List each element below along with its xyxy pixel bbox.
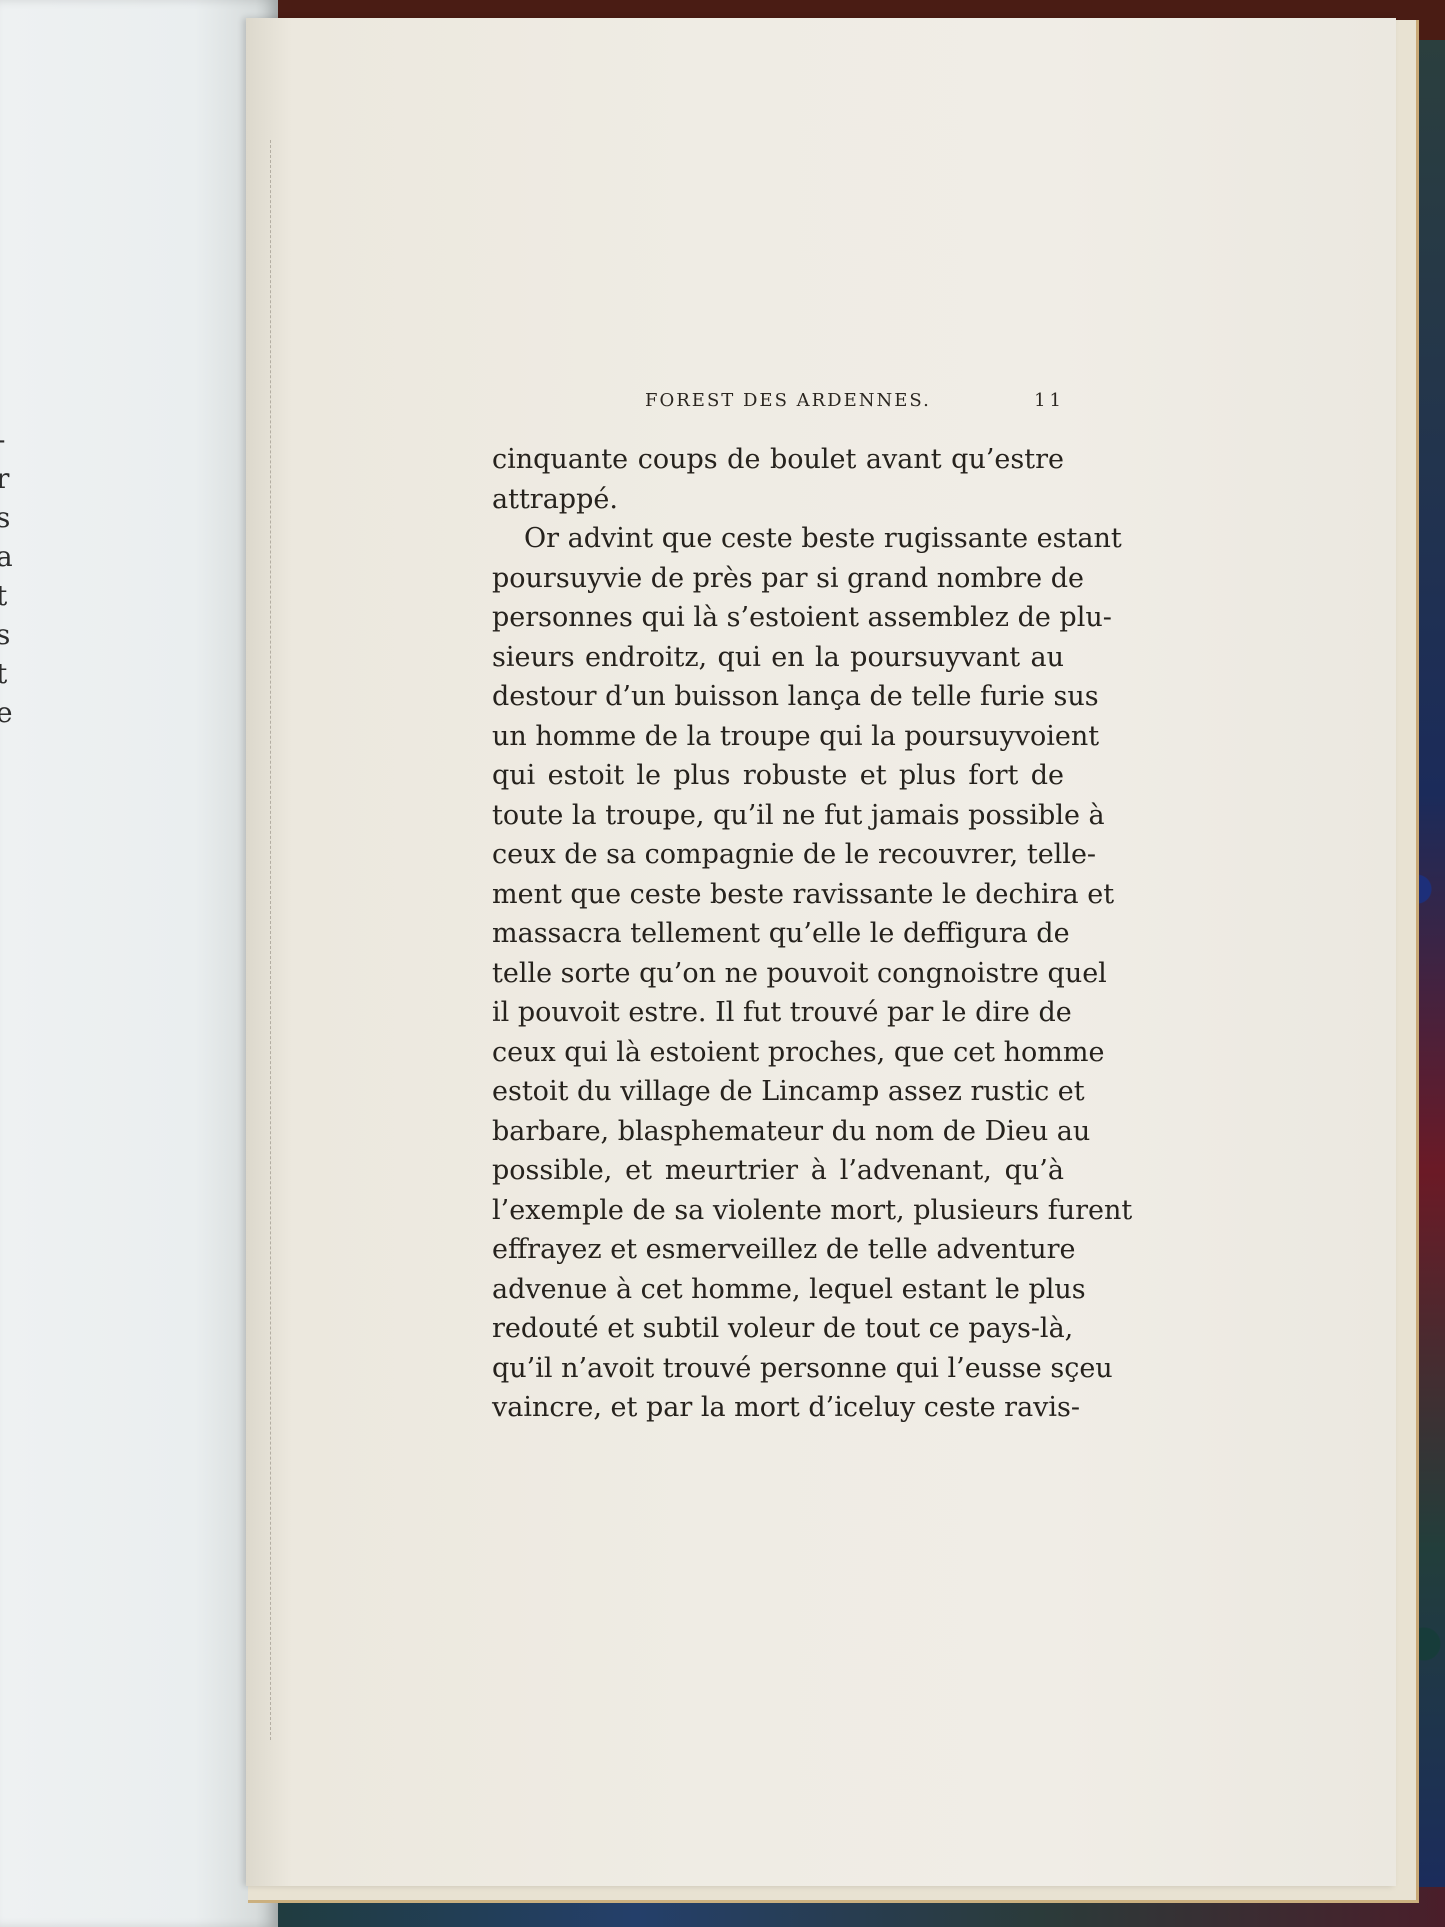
- text-line: redouté et subtil voleur de tout ce pays…: [492, 1309, 1064, 1349]
- text-line: barbare, blasphemateur du nom de Dieu au: [492, 1112, 1064, 1152]
- text-line: advenue à cet homme, lequel estant le pl…: [492, 1270, 1064, 1310]
- text-line: l’exemple de sa violente mort, plusieurs…: [492, 1191, 1064, 1231]
- edge-char: e: [0, 693, 14, 732]
- text-line: personnes qui là s’estoient assemblez de…: [492, 598, 1064, 638]
- text-line: massacra tellement qu’elle le deffigura …: [492, 914, 1064, 954]
- text-line: qui estoit le plus robuste et plus fort …: [492, 756, 1064, 796]
- text-line: ceux qui là estoient proches, que cet ho…: [492, 1033, 1064, 1073]
- gutter-stitching: [270, 140, 274, 1740]
- left-page: - r s a t s t e: [0, 0, 278, 1927]
- text-line: cinquante coups de boulet avant qu’estre: [492, 440, 1064, 480]
- body-text: cinquante coups de boulet avant qu’estre…: [492, 440, 1064, 1428]
- edge-char: s: [0, 615, 14, 654]
- page-number: 11: [1034, 390, 1065, 411]
- text-line: attrappé.: [492, 480, 1064, 520]
- text-line: vaincre, et par la mort d’iceluy ceste r…: [492, 1388, 1064, 1428]
- text-line: un homme de la troupe qui la poursuyvoie…: [492, 717, 1064, 757]
- edge-char: r: [0, 459, 14, 498]
- text-line: possible, et meurtrier à l’advenant, qu’…: [492, 1151, 1064, 1191]
- running-head: FOREST DES ARDENNES. 11: [645, 390, 1065, 411]
- text-line: il pouvoit estre. Il fut trouvé par le d…: [492, 993, 1064, 1033]
- text-line: ceux de sa compagnie de le recouvrer, te…: [492, 835, 1064, 875]
- edge-char: t: [0, 576, 14, 615]
- text-line: ment que ceste beste ravissante le dechi…: [492, 875, 1064, 915]
- running-title: FOREST DES ARDENNES.: [645, 390, 931, 411]
- edge-char: t: [0, 654, 14, 693]
- edge-char: s: [0, 498, 14, 537]
- text-line: estoit du village de Lincamp assez rusti…: [492, 1072, 1064, 1112]
- text-line: destour d’un buisson lança de telle furi…: [492, 677, 1064, 717]
- text-line: effrayez et esmerveillez de telle advent…: [492, 1230, 1064, 1270]
- text-line: poursuyvie de près par si grand nombre d…: [492, 559, 1064, 599]
- edge-char: -: [0, 420, 14, 459]
- text-line: Or advint que ceste beste rugissante est…: [492, 519, 1064, 559]
- text-line: sieurs endroitz, qui en la poursuyvant a…: [492, 638, 1064, 678]
- left-page-edge-text: - r s a t s t e: [0, 420, 14, 732]
- text-line: toute la troupe, qu’il ne fut jamais pos…: [492, 796, 1064, 836]
- text-line: telle sorte qu’on ne pouvoit congnoistre…: [492, 954, 1064, 994]
- text-line: qu’il n’avoit trouvé personne qui l’euss…: [492, 1349, 1064, 1389]
- edge-char: a: [0, 537, 14, 576]
